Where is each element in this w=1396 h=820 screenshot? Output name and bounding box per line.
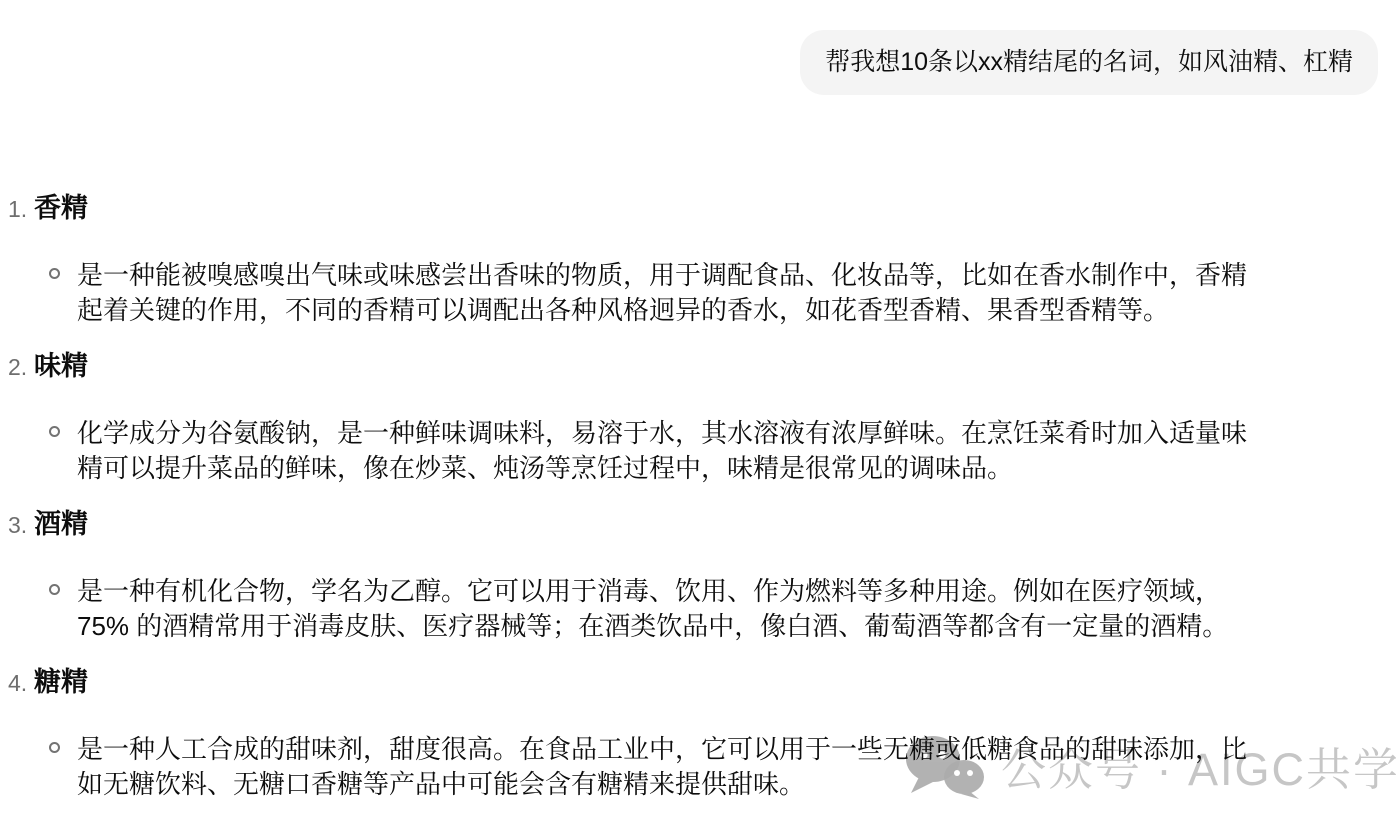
list-item-description: 化学成分为谷氨酸钠，是一种鲜味调味料，易溶于水，其水溶液有浓厚鲜味。在烹饪菜肴时…: [77, 416, 1247, 486]
circle-bullet-icon: [49, 742, 60, 753]
circle-bullet-icon: [49, 584, 60, 595]
chat-transcript: 公众号 · AIGC共学社 帮我想10条以xx精结尾的名词，如风油精、杠精 1.…: [0, 0, 1396, 820]
user-message-bubble: 帮我想10条以xx精结尾的名词，如风油精、杠精: [800, 30, 1378, 95]
list-item-sub: 化学成分为谷氨酸钠，是一种鲜味调味料，易溶于水，其水溶液有浓厚鲜味。在烹饪菜肴时…: [0, 416, 1396, 486]
list-item-number: 2.: [8, 353, 34, 381]
list-item-description: 是一种有机化合物，学名为乙醇。它可以用于消毒、饮用、作为燃料等多种用途。例如在医…: [77, 574, 1228, 644]
list-item-heading: 2. 味精: [0, 352, 1396, 380]
list-item-term: 香精: [34, 194, 88, 222]
list-item-term: 酒精: [34, 510, 88, 538]
assistant-response-list: 1. 香精 是一种能被嗅感嗅出气味或味感尝出香味的物质，用于调配食品、化妆品等，…: [0, 194, 1396, 820]
list-item-number: 4.: [8, 669, 34, 697]
user-message-text: 帮我想10条以xx精结尾的名词，如风油精、杠精: [825, 48, 1353, 76]
circle-bullet-icon: [49, 268, 60, 279]
list-item: 1. 香精 是一种能被嗅感嗅出气味或味感尝出香味的物质，用于调配食品、化妆品等，…: [0, 194, 1396, 328]
list-item-heading: 4. 糖精: [0, 668, 1396, 696]
list-item-number: 3.: [8, 511, 34, 539]
list-item-term: 味精: [34, 352, 88, 380]
list-item-sub: 是一种能被嗅感嗅出气味或味感尝出香味的物质，用于调配食品、化妆品等，比如在香水制…: [0, 258, 1396, 328]
list-item-sub: 是一种有机化合物，学名为乙醇。它可以用于消毒、饮用、作为燃料等多种用途。例如在医…: [0, 574, 1396, 644]
list-item-number: 1.: [8, 195, 34, 223]
list-item: 3. 酒精 是一种有机化合物，学名为乙醇。它可以用于消毒、饮用、作为燃料等多种用…: [0, 510, 1396, 644]
list-item-sub: 是一种人工合成的甜味剂，甜度很高。在食品工业中，它可以用于一些无糖或低糖食品的甜…: [0, 732, 1396, 802]
list-item-heading: 1. 香精: [0, 194, 1396, 222]
circle-bullet-icon: [49, 426, 60, 437]
list-item: 4. 糖精 是一种人工合成的甜味剂，甜度很高。在食品工业中，它可以用于一些无糖或…: [0, 668, 1396, 802]
list-item: 2. 味精 化学成分为谷氨酸钠，是一种鲜味调味料，易溶于水，其水溶液有浓厚鲜味。…: [0, 352, 1396, 486]
list-item-description: 是一种人工合成的甜味剂，甜度很高。在食品工业中，它可以用于一些无糖或低糖食品的甜…: [77, 732, 1247, 802]
list-item-heading: 3. 酒精: [0, 510, 1396, 538]
list-item-term: 糖精: [34, 668, 88, 696]
list-item-description: 是一种能被嗅感嗅出气味或味感尝出香味的物质，用于调配食品、化妆品等，比如在香水制…: [77, 258, 1247, 328]
